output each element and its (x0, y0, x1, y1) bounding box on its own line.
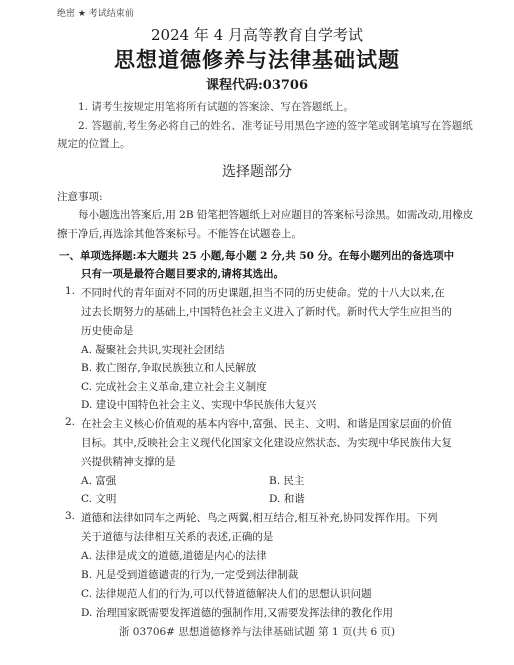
question-2-option-d: D. 和谐 (269, 491, 305, 506)
notice-line-2: 擦干净后,再选涂其他答案标号。不能答在试题卷上。 (57, 226, 302, 241)
question-1-option-a: A. 凝聚社会共识,实现社会团结 (81, 342, 225, 357)
question-1-number: 1. (65, 285, 75, 297)
part-one-heading-2: 只有一项是最符合题目要求的,请将其选出。 (81, 266, 284, 281)
question-2-option-c: C. 文明 (81, 491, 116, 506)
question-1-stem-2: 过去长期努力的基础上,中国特色社会主义进入了新时代。新时代大学生应担当的 (81, 304, 452, 319)
instruction-2: 2. 答题前,考生务必将自己的姓名、准考证号用黑色字迹的签字笔或钢笔填写在答题纸 (78, 118, 473, 133)
question-2-number: 2. (65, 416, 75, 428)
question-3-option-a: A. 法律是成文的道德,道德是内心的法律 (81, 548, 267, 563)
question-3-option-c: C. 法律规范人们的行为,可以代替道德解决人们的思想认识问题 (81, 586, 372, 601)
question-3-option-b: B. 凡是受到道德谴责的行为,一定受到法律制裁 (81, 567, 298, 582)
page-footer: 浙 03706# 思想道德修养与法律基础试题 第 1 页(共 6 页) (0, 624, 514, 639)
section-title: 选择题部分 (0, 161, 514, 181)
question-3-number: 3. (65, 510, 75, 522)
question-2-option-a: A. 富强 (81, 473, 116, 488)
question-1-stem-1: 不同时代的青年面对不同的历史课题,担当不同的历史使命。党的十八大以来,在 (81, 285, 445, 300)
question-1-option-b: B. 救亡图存,争取民族独立和人民解放 (81, 360, 256, 375)
instruction-1: 1. 请考生按规定用笔将所有试题的答案涂、写在答题纸上。 (78, 99, 354, 114)
question-3-stem-2: 关于道德与法律相互关系的表述,正确的是 (81, 529, 273, 544)
question-1-option-d: D. 建设中国特色社会主义、实现中华民族伟大复兴 (81, 397, 316, 412)
question-3-option-d: D. 治理国家既需要发挥道德的强制作用,又需要发挥法律的教化作用 (81, 605, 393, 620)
instruction-2-cont: 规定的位置上。 (57, 136, 131, 151)
secret-label: 绝密 ★ 考试结束前 (57, 6, 134, 19)
question-3-stem-1: 道德和法律如同车之两轮、鸟之两翼,相互结合,相互补充,协同发挥作用。下列 (81, 510, 438, 525)
question-2-option-b: B. 民主 (269, 473, 304, 488)
subject-title: 思想道德修养与法律基础试题 (0, 44, 514, 74)
course-code: 课程代码:03706 (0, 74, 514, 93)
question-1-stem-3: 历史使命是 (81, 323, 134, 338)
question-2-stem-3: 兴提供精神支撑的是 (81, 454, 176, 469)
question-2-stem-2: 目标。其中,反映社会主义现代化国家文化建设应然状态、为实现中华民族伟大复 (81, 435, 452, 450)
question-2-stem-1: 在社会主义核心价值观的基本内容中,富强、民主、文明、和谐是国家层面的价值 (81, 416, 452, 431)
question-1-option-c: C. 完成社会主义革命,建立社会主义制度 (81, 379, 267, 394)
notice-line-1: 每小题选出答案后,用 2B 铅笔把答题纸上对应题目的答案标号涂黑。如需改动,用橡… (78, 207, 473, 222)
part-one-heading-1: 一、单项选择题:本大题共 25 小题,每小题 2 分,共 50 分。在每小题列出… (59, 248, 454, 263)
notice-label: 注意事项: (57, 189, 103, 204)
exam-title: 2024 年 4 月高等教育自学考试 (0, 24, 514, 45)
